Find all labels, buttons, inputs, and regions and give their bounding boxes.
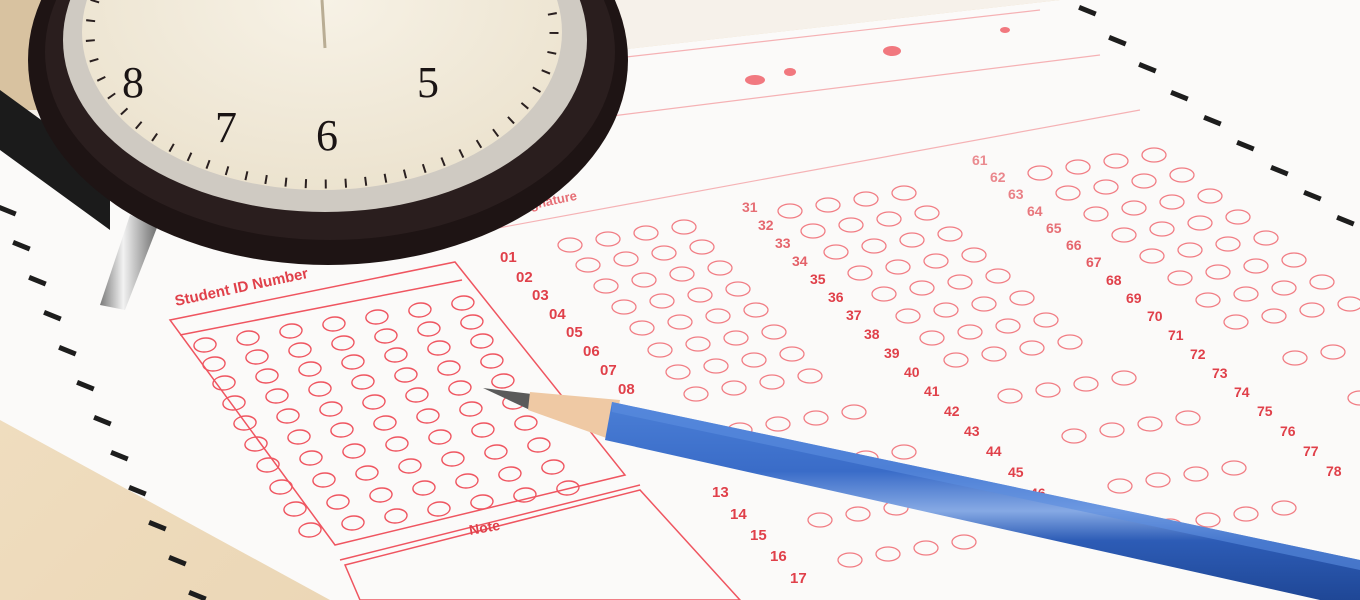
svg-text:75: 75 [1257,403,1273,419]
svg-text:32: 32 [758,217,774,233]
clock-numeral-8: 8 [122,58,144,107]
svg-text:67: 67 [1086,254,1102,270]
svg-text:71: 71 [1168,327,1184,343]
svg-text:14: 14 [730,506,747,523]
svg-text:15: 15 [750,527,767,544]
svg-text:35: 35 [810,271,826,287]
svg-text:76: 76 [1280,423,1296,439]
svg-text:07: 07 [600,362,617,379]
svg-text:04: 04 [549,306,566,323]
answer-sheet-illustration: 01 02 03 04 05 06 07 08 13 14 15 16 17 3… [0,0,1360,600]
svg-text:38: 38 [864,326,880,342]
svg-text:03: 03 [532,287,549,304]
svg-text:44: 44 [986,443,1002,459]
clock-numeral-7: 7 [215,103,237,152]
svg-text:01: 01 [500,249,517,266]
svg-text:61: 61 [972,152,988,168]
svg-text:73: 73 [1212,365,1228,381]
svg-text:40: 40 [904,364,920,380]
clock-numeral-6: 6 [316,111,338,160]
clock-numeral-5: 5 [417,58,439,107]
svg-text:78: 78 [1326,463,1342,479]
svg-text:66: 66 [1066,237,1082,253]
svg-text:41: 41 [924,383,940,399]
svg-text:33: 33 [775,235,791,251]
svg-text:31: 31 [742,199,758,215]
svg-text:37: 37 [846,307,862,323]
svg-text:65: 65 [1046,220,1062,236]
svg-text:42: 42 [944,403,960,419]
svg-text:36: 36 [828,289,844,305]
svg-text:69: 69 [1126,290,1142,306]
svg-text:62: 62 [990,169,1006,185]
photo-scene: 01 02 03 04 05 06 07 08 13 14 15 16 17 3… [0,0,1360,600]
svg-text:72: 72 [1190,346,1206,362]
svg-text:68: 68 [1106,272,1122,288]
svg-text:06: 06 [583,343,600,360]
svg-text:08: 08 [618,381,635,398]
svg-text:13: 13 [712,484,729,501]
svg-text:05: 05 [566,324,583,341]
svg-text:45: 45 [1008,464,1024,480]
svg-text:17: 17 [790,570,807,587]
svg-text:43: 43 [964,423,980,439]
svg-text:77: 77 [1303,443,1319,459]
svg-text:16: 16 [770,548,787,565]
svg-text:34: 34 [792,253,808,269]
svg-text:63: 63 [1008,186,1024,202]
svg-text:64: 64 [1027,203,1043,219]
svg-text:02: 02 [516,269,533,286]
svg-text:74: 74 [1234,384,1250,400]
svg-text:39: 39 [884,345,900,361]
svg-text:70: 70 [1147,308,1163,324]
